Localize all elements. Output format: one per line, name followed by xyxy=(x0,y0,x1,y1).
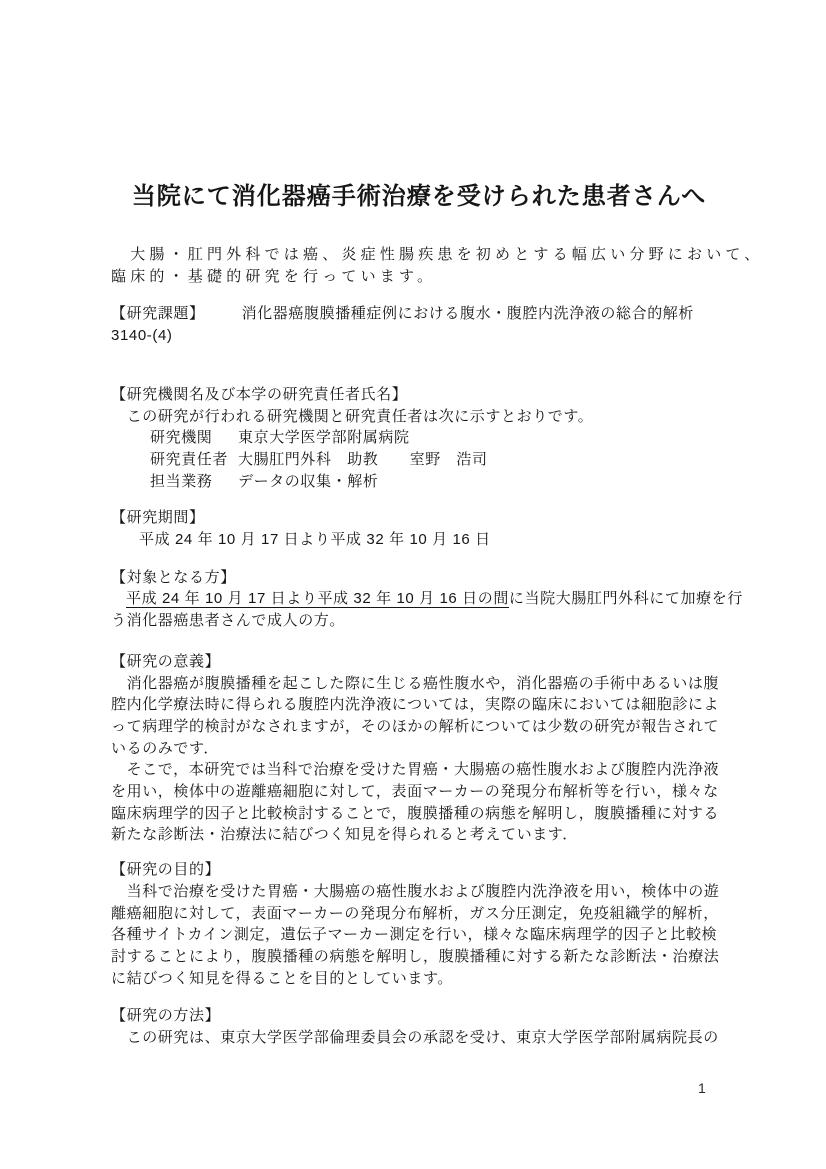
row-label: 研究責任者 xyxy=(150,449,238,471)
body-line: 新たな診断法・治療法に結びつく知見を得られると考えています． xyxy=(111,824,727,846)
section-heading: 【研究課題】 xyxy=(111,305,205,322)
section-heading: 【研究機関名及び本学の研究責任者氏名】 xyxy=(111,384,727,406)
section-heading: 【研究の意義】 xyxy=(111,651,727,673)
institution-row: 研究責任者大腸肛門外科 助教 室野 浩司 xyxy=(111,449,727,471)
body-line: う消化器癌患者さんで成人の方。 xyxy=(111,610,727,632)
institution-intro: この研究が行われる研究機関と研究責任者は次に示すとおりです。 xyxy=(111,406,727,428)
period-value: 平成 24 年 10 月 17 日より平成 32 年 10 月 16 日 xyxy=(111,529,727,551)
body-line: 臨床的・基礎的研究を行っています。 xyxy=(111,266,727,288)
body-line: に結びつく知見を得ることを目的としています。 xyxy=(111,968,727,990)
section-heading: 【対象となる方】 xyxy=(111,567,727,589)
body-line: 消化器癌が腹膜播種を起こした際に生じる癌性腹水や，消化器癌の手術中あるいは腹 xyxy=(111,673,727,695)
intro-paragraph: 大腸・肛門外科では癌、炎症性腸疾患を初めとする幅広い分野において、 臨床的・基礎… xyxy=(111,244,727,287)
document-title: 当院にて消化器癌手術治療を受けられた患者さんへ xyxy=(111,183,727,211)
research-topic-code: 3140-(4) xyxy=(111,325,727,347)
institution-row: 研究機関東京大学医学部附属病院 xyxy=(111,427,727,449)
section-heading: 【研究期間】 xyxy=(111,507,727,529)
section-institution: 【研究機関名及び本学の研究責任者氏名】 この研究が行われる研究機関と研究責任者は… xyxy=(111,384,727,493)
row-label: 担当業務 xyxy=(150,471,238,493)
body-line: 各種サイトカイン測定，遺伝子マーカー測定を行い，様々な臨床病理学的因子と比較検 xyxy=(111,924,727,946)
body-line: そこで，本研究では当科で治療を受けた胃癌・大腸癌の癌性腹水および腹腔内洗浄液 xyxy=(111,759,727,781)
row-value: 大腸肛門外科 助教 室野 浩司 xyxy=(238,451,488,468)
institution-row: 担当業務データの収集・解析 xyxy=(111,471,727,493)
section-heading: 【研究の目的】 xyxy=(111,859,727,881)
document-content: 当院にて消化器癌手術治療を受けられた患者さんへ 大腸・肛門外科では癌、炎症性腸疾… xyxy=(111,183,727,1049)
body-line: って病理学的検討がなされますが，そのほかの解析については少数の研究が報告されて xyxy=(111,716,727,738)
row-value: データの収集・解析 xyxy=(238,473,378,490)
section-purpose: 【研究の目的】 当科で治療を受けた胃癌・大腸癌の癌性腹水および腹腔内洗浄液を用い… xyxy=(111,859,727,989)
body-line: 当科で治療を受けた胃癌・大腸癌の癌性腹水および腹腔内洗浄液を用い，検体中の遊 xyxy=(111,881,727,903)
body-line: 離癌細胞に対して，表面マーカーの発現分布解析，ガス分圧測定，免疫組織学的解析， xyxy=(111,903,727,925)
section-method: 【研究の方法】 この研究は、東京大学医学部倫理委員会の承認を受け、東京大学医学部… xyxy=(111,1005,727,1048)
section-research-topic: 【研究課題】消化器癌腹膜播種症例における腹水・腹腔内洗浄液の総合的解析 3140… xyxy=(111,303,727,346)
row-label: 研究機関 xyxy=(150,427,238,449)
page-number: 1 xyxy=(698,1080,706,1096)
research-topic-title: 消化器癌腹膜播種症例における腹水・腹腔内洗浄液の総合的解析 xyxy=(242,305,694,322)
section-subjects: 【対象となる方】 平成 24 年 10 月 17 日より平成 32 年 10 月… xyxy=(111,567,727,632)
body-line: 臨床病理学的因子と比較検討することで，腹膜播種の病態を解明し，腹膜播種に対する xyxy=(111,803,727,825)
section-significance: 【研究の意義】 消化器癌が腹膜播種を起こした際に生じる癌性腹水や，消化器癌の手術… xyxy=(111,651,727,846)
subjects-line-rest: に当院大腸肛門外科にて加療を行 xyxy=(509,590,743,607)
subjects-underlined-dates: 平成 24 年 10 月 17 日より平成 32 年 10 月 16 日の間 xyxy=(126,590,509,608)
body-line: この研究は、東京大学医学部倫理委員会の承認を受け、東京大学医学部附属病院長の xyxy=(111,1027,727,1049)
body-line: 平成 24 年 10 月 17 日より平成 32 年 10 月 16 日の間に当… xyxy=(111,588,727,610)
row-value: 東京大学医学部附属病院 xyxy=(238,429,410,446)
section-period: 【研究期間】 平成 24 年 10 月 17 日より平成 32 年 10 月 1… xyxy=(111,507,727,550)
body-line: いるのみです． xyxy=(111,738,727,760)
body-line: を用い，検体中の遊離癌細胞に対して，表面マーカーの発現分布解析等を行い，様々な xyxy=(111,781,727,803)
section-heading: 【研究の方法】 xyxy=(111,1005,727,1027)
document-page: 当院にて消化器癌手術治療を受けられた患者さんへ 大腸・肛門外科では癌、炎症性腸疾… xyxy=(0,0,826,1169)
body-line: 腔内化学療法時に得られる腹腔内洗浄液については，実際の臨床においては細胞診によ xyxy=(111,694,727,716)
body-line: 大腸・肛門外科では癌、炎症性腸疾患を初めとする幅広い分野において、 xyxy=(111,244,727,266)
body-line: 討することにより，腹膜播種の病態を解明し，腹膜播種に対する新たな診断法・治療法 xyxy=(111,946,727,968)
